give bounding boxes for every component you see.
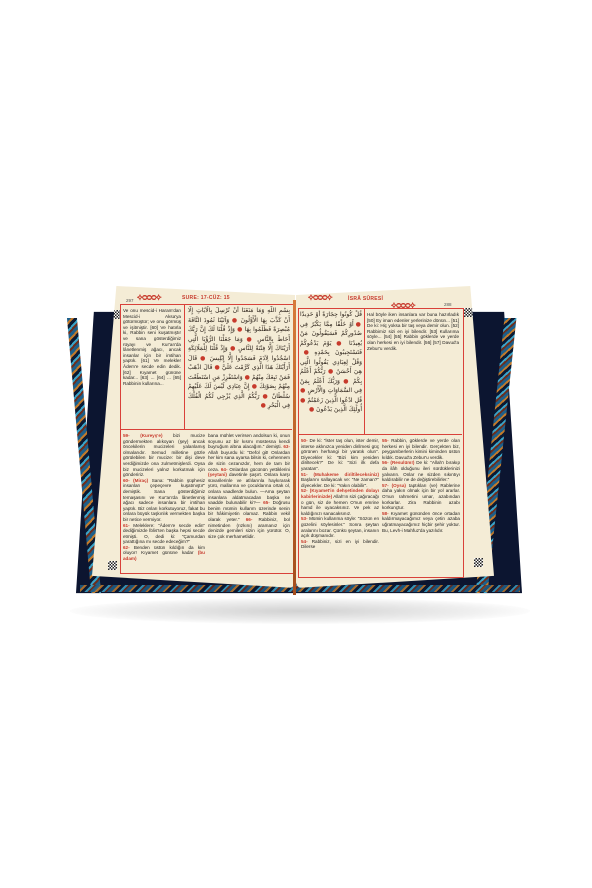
left-page-column-divider xyxy=(184,304,185,429)
right-top-text: Hal böyle iken insanlara var buna hazırl… xyxy=(367,312,459,351)
right-verse-56: 56- (Resulüm!) De ki: "Allah'ı bırakıp d… xyxy=(382,460,460,482)
right-bottom-qr-code xyxy=(474,558,483,567)
right-page-divider xyxy=(298,434,462,435)
left-bottom-col-2: bana mühlet verirsen andolsun ki, onun s… xyxy=(208,433,290,553)
left-bottom-col-1: 59- (Kureyş'e) bizi mucize göndermekten … xyxy=(123,433,205,569)
left-header-title: SURE: 17-CÜZ: 15 xyxy=(182,295,230,301)
right-top-translation: Hal böyle iken insanlara var buna hazırl… xyxy=(367,312,459,432)
left-top-translation: Ve onu mescid-i Haram'dan Mescid-i Aksa'… xyxy=(123,308,181,426)
left-bottom-qr-code xyxy=(108,561,117,570)
right-verse-52: 52- (Kıyamet'in dehşetinden dolayı kabir… xyxy=(301,488,379,516)
right-arabic-text: قُلْ كُونُوا حِجَارَةً أَوْ حَدِيدًا ● أ… xyxy=(300,310,362,432)
left-verse-62: 62- Benden üstün kıldığın da kim oluyor!… xyxy=(123,545,205,562)
left-verse-59: 59- (Kureyş'e) bizi mucize göndermekten … xyxy=(123,433,205,478)
left-page: 297 ⟡ᴑᴑᴑ⟡ SURE: 17-CÜZ: 15 Ve onu mescid… xyxy=(92,286,295,588)
right-header-ornament-left: ⟡ᴑᴑᴑ⟡ xyxy=(308,292,332,303)
book-shadow xyxy=(70,598,530,624)
left-page-number: 297 xyxy=(126,298,134,303)
left-verse-60: 60- (Miraç) Sana: "Rabbin şüphesiz insan… xyxy=(123,478,205,523)
right-verse-50: 50- De ki: "İster taş olun, ister demir,… xyxy=(301,438,379,472)
right-verse-54: 54- Rabbiniz, sizi en iyi bilendir. Dile… xyxy=(301,539,379,550)
right-bottom-col-1: 50- De ki: "İster taş olun, ister demir,… xyxy=(301,438,379,574)
product-photo-scene: 297 ⟡ᴑᴑᴑ⟡ SURE: 17-CÜZ: 15 Ve onu mescid… xyxy=(0,0,592,888)
right-header-title: İSRÂ SÛRESİ xyxy=(348,296,383,302)
right-page: ⟡ᴑᴑᴑ⟡ İSRÂ SÛRESİ ⟡ᴑᴑᴑ⟡ 288 قُلْ كُونُوا… xyxy=(296,286,494,588)
right-bottom-col-2: 55- Rabbin, göklerde ve yerde olan herke… xyxy=(382,438,460,574)
left-top-text: Ve onu mescid-i Haram'dan Mescid-i Aksa'… xyxy=(123,308,181,386)
left-page-divider xyxy=(120,429,292,430)
left-header-ornament: ⟡ᴑᴑᴑ⟡ xyxy=(137,292,161,303)
left-arabic-text: بِسْمِ اللَّهِ وَمَا مَنَعَنَا أَنْ نُرْ… xyxy=(188,306,290,426)
right-verse-53: 53- Mümin kullarıma söyle: "Sözün en güz… xyxy=(301,516,379,538)
book-gutter xyxy=(293,300,296,595)
right-verse-57: 57- (Oysa) taptıkları (ve) Rablerine dah… xyxy=(382,483,460,511)
left-verse-61: 61- Meleklere: "Âdem'e secde edin" dediğ… xyxy=(123,523,205,545)
right-top-qr-code xyxy=(464,308,473,317)
right-page-number: 288 xyxy=(444,302,452,307)
right-verse-51: 51- (Muhakeme diriltileceksiniz) Başları… xyxy=(301,472,379,489)
right-verse-55: 55- Rabbin, göklerde ve yerde olan herke… xyxy=(382,438,460,460)
right-page-column-divider xyxy=(364,308,365,434)
right-verse-58: 58- Kıyamet gününden önce ortadan kaldır… xyxy=(382,511,460,533)
